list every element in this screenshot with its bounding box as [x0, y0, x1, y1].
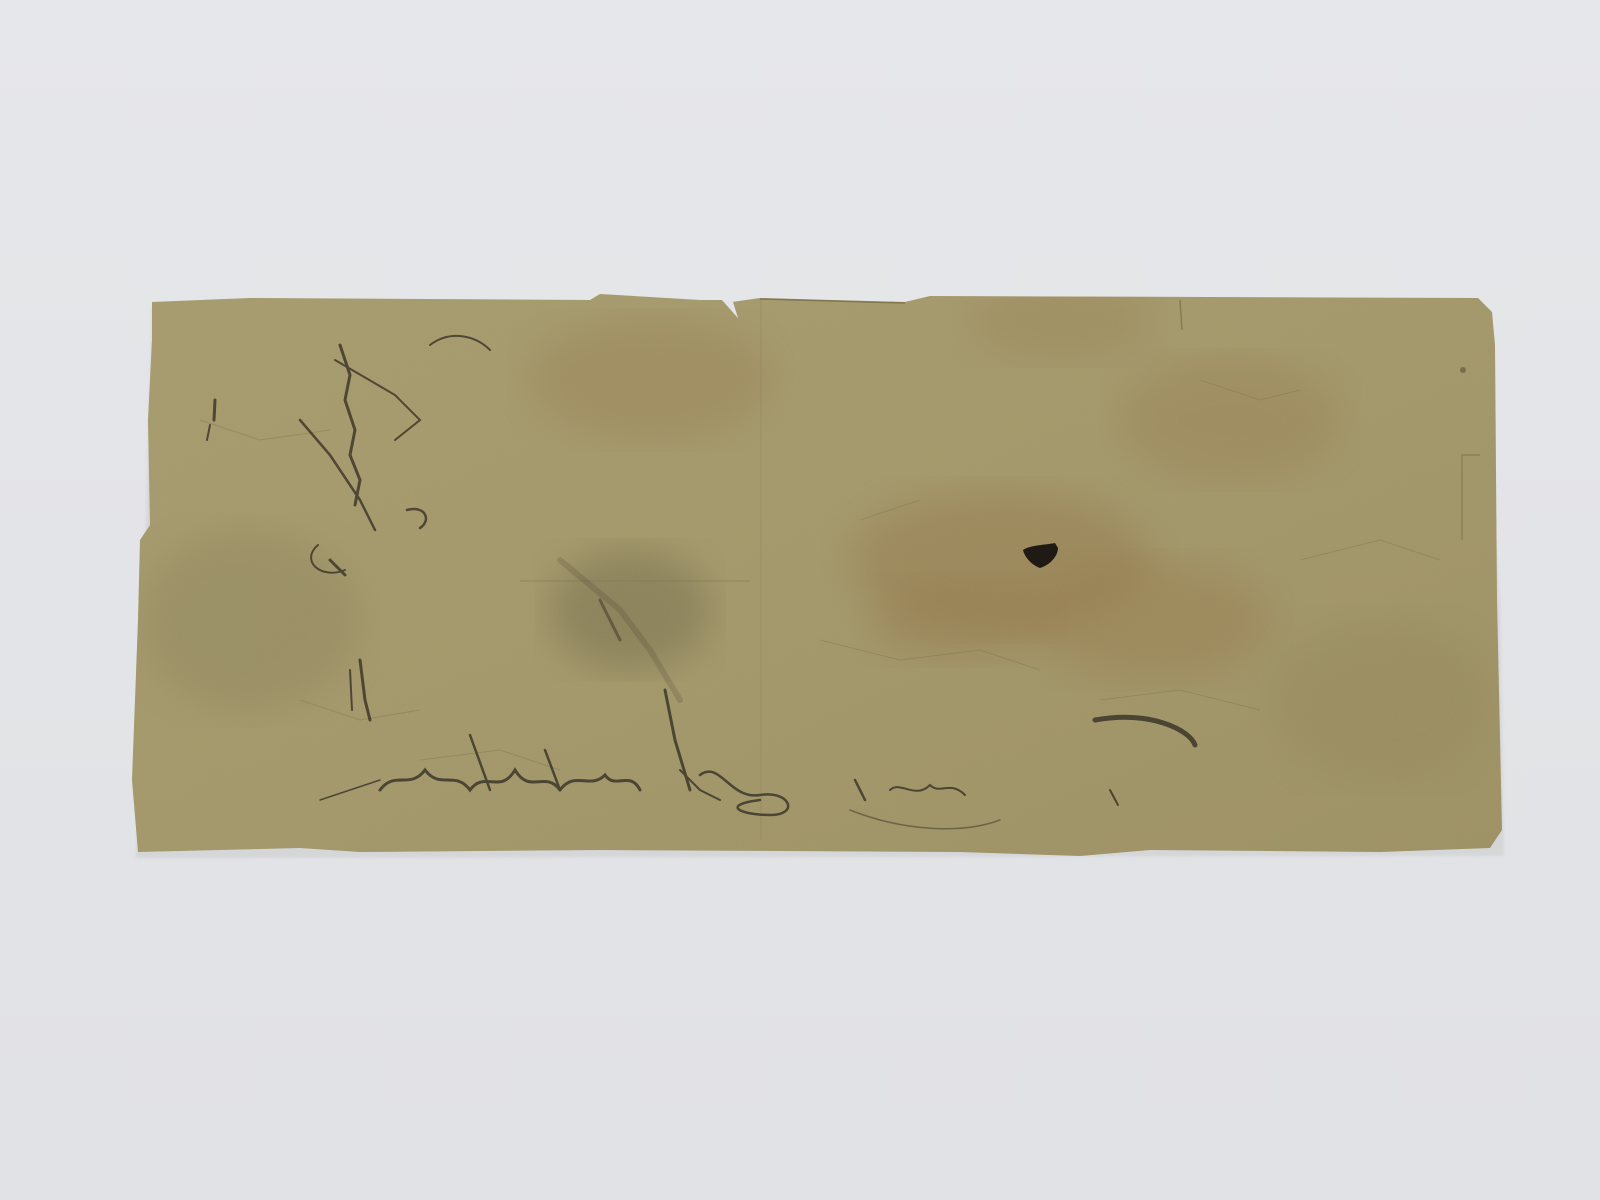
- photo-stage: Back side of an antique paper banknote p…: [0, 0, 1600, 1200]
- banknote: [0, 0, 1600, 1200]
